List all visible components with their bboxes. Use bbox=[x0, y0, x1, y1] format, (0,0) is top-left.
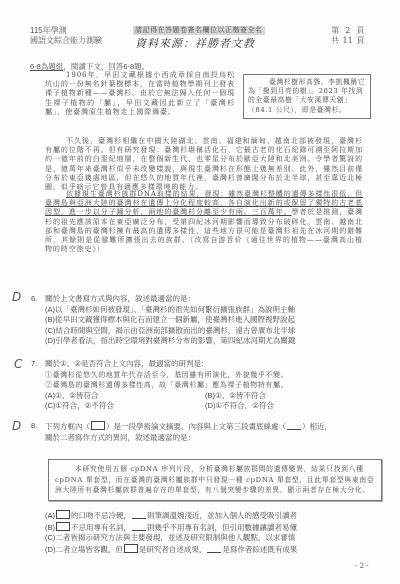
stem-text: ）是一段學術論文摘要，內容與上文第三段畫底線處（ bbox=[106, 422, 286, 431]
option-text: 是寫作者綜述既有成果 bbox=[222, 545, 297, 554]
option-b[interactable]: (B)不忌用專有名詞，則幾乎不用專有名詞，但引用數據讓讀者易懂 bbox=[45, 522, 390, 534]
option-c[interactable]: (C)二者皆揭示研究方法與主要發現，並述及研究限制與他人觀點，以求審慎 bbox=[45, 533, 390, 544]
option-text: 不忌用專有名詞， bbox=[71, 523, 131, 532]
option-text: 則筆調溫婉淺近，並加入個人的感受吸引讀者 bbox=[147, 511, 297, 520]
option-a[interactable]: (A)的口吻不忌冷硬，則筆調溫婉淺近，並加入個人的感受吸引讀者 bbox=[45, 510, 390, 522]
option-label: (A) bbox=[45, 511, 55, 520]
question-number: 6. bbox=[31, 294, 37, 305]
box-symbol-icon bbox=[124, 544, 138, 553]
exam-subject: 國語文綜合能力測驗 bbox=[30, 36, 102, 46]
option-b[interactable]: (B)從早田文藏獲得標本與化石而建立一個新屬，使臺灣杉進入國際視野說起 bbox=[45, 315, 385, 326]
page-label-suffix: 頁 bbox=[355, 26, 365, 36]
passage-paragraph-1: 1906年，早田文藏根據小西成章採自南投烏松坑山的一份無名針葉樹標本，在當時植物… bbox=[45, 71, 235, 117]
option-label: (B) bbox=[45, 523, 55, 532]
total-pages: 11 bbox=[343, 36, 353, 46]
option-text: 的口吻不忌冷硬， bbox=[71, 511, 131, 520]
question-6: D 6. 關於上文書寫方式與內容，敘述最適當的是： (A)以「臺灣杉如何被發現」… bbox=[45, 294, 385, 347]
option-c[interactable]: (C)結合時間與空間，揭示由亞洲南部擴散而出的臺灣杉，遠古曾廣布北半球 bbox=[45, 326, 385, 337]
question-stem-line-1: 下列方框內（）是一段學術論文摘要，內容與上文第三段畫底線處（）相近， bbox=[45, 421, 390, 433]
group-instruction: ，閱讀下文，回答6-8題。 bbox=[63, 62, 149, 71]
option-text: 二者皆揭示研究方法與主要發現，並述及研究限制與他人觀點，以求審慎 bbox=[55, 533, 295, 542]
box-symbol-icon bbox=[91, 421, 105, 430]
underline-symbol-icon bbox=[132, 523, 146, 531]
option-d[interactable]: (D)二者立場皆客觀，但是研究者自述成果，是寫作者綜述既有成果 bbox=[45, 544, 390, 556]
option-b[interactable]: (B)①、②皆不符合 bbox=[205, 391, 365, 402]
question-stem: 關於①、②是否符合上文內容，最適當的研判是： bbox=[45, 359, 385, 370]
question-stem-line-2: 關於二者寫作方式的異同，敘述最適當的是： bbox=[45, 433, 390, 444]
option-c[interactable]: (C)①符合，②不符合 bbox=[45, 401, 205, 412]
question-number: 8. bbox=[31, 421, 37, 432]
page-indicator: 第 2 頁 共 11 頁 bbox=[330, 26, 365, 46]
underline-symbol-icon bbox=[132, 511, 146, 519]
box-symbol-icon bbox=[56, 510, 70, 519]
option-text: 是研究者自述成果， bbox=[139, 545, 207, 554]
total-label-suffix: 頁 bbox=[355, 36, 365, 46]
statement-2: ②臺灣島的臺灣杉遺傳多樣性高，故「臺灣杉屬」應為裸子植物特有屬。 bbox=[45, 380, 385, 391]
question-7: C 7. 關於①、②是否符合上文內容，最適當的研判是： ①臺灣杉從悠久的地質年代… bbox=[45, 359, 385, 412]
footer-page-number: - 2 - bbox=[355, 562, 369, 570]
handwritten-answer-q7: C bbox=[14, 359, 22, 370]
total-label-prefix: 共 bbox=[330, 36, 340, 46]
question-8: D 8. 下列方框內（）是一段學術論文摘要，內容與上文第三段畫底線處（）相近， … bbox=[45, 421, 390, 443]
option-text: 二者立場皆客觀，但 bbox=[55, 545, 123, 554]
exam-year: 115年學測 bbox=[30, 26, 102, 36]
abstract-box: 本研究使用五個 cpDNA 序列片段，分析臺灣杉屬族群間的遺傳變異，結果只找到八… bbox=[48, 459, 382, 501]
option-label: (C) bbox=[45, 533, 55, 542]
question-number: 7. bbox=[31, 359, 37, 370]
stem-text: 下列方框內（ bbox=[45, 422, 90, 431]
current-page: 2 bbox=[343, 26, 353, 36]
handwritten-answer-q6: D bbox=[12, 292, 21, 303]
exam-info: 115年學測 國語文綜合能力測驗 bbox=[30, 26, 102, 46]
question-8-options: (A)的口吻不忌冷硬，則筆調溫婉淺近，並加入個人的感受吸引讀者 (B)不忌用專有… bbox=[45, 510, 390, 555]
underline-symbol-icon bbox=[287, 422, 301, 430]
option-a[interactable]: (A)以「臺灣杉如何被發現」、「臺灣杉的祖先如何繁衍擴張族群」為說明主軸 bbox=[45, 305, 385, 316]
option-text: 則幾乎不用專有名詞，但引用數據讓讀者易懂 bbox=[147, 523, 297, 532]
page-label-prefix: 第 bbox=[330, 26, 340, 36]
handwritten-answer-q8: D bbox=[12, 421, 21, 432]
question-stem: 關於上文書寫方式與內容，敘述最適當的是： bbox=[45, 294, 385, 305]
underline-symbol-icon bbox=[207, 545, 221, 553]
box-symbol-icon bbox=[56, 522, 70, 531]
group-range: 6-8為題組 bbox=[30, 62, 63, 71]
statement-1: ①臺灣杉從悠久的地質年代存活至今，基因雖有所演化，外貌幾乎不變。 bbox=[45, 370, 385, 381]
option-d[interactable]: (D)引學者看法，指出時空環境對臺灣杉分布的影響，第四紀冰河期尤為關鍵 bbox=[45, 336, 385, 347]
passage-sidebar-box: 臺灣杉樹形高聳，李凱楓稱它為「撥到月亮的樹」。2023 年找到的全臺最高樹「大安… bbox=[243, 74, 371, 119]
handwritten-source-note: 資料來源：祥勝者文教 bbox=[135, 35, 255, 51]
abstract-text: 本研究使用五個 cpDNA 序列片段，分析臺灣杉屬族群間的遺傳變異，結果只找到八… bbox=[55, 464, 375, 496]
option-a[interactable]: (A)①、②皆符合 bbox=[45, 391, 205, 402]
passage-paragraph-2: 不久後，臺灣杉相繼在中國大陸湖北、雲南、福建和緬甸、越南北部被發現，臺灣杉有屬的… bbox=[45, 137, 363, 192]
option-label: (D) bbox=[45, 545, 55, 554]
option-d[interactable]: (D)①不符合，②符合 bbox=[205, 401, 365, 412]
signature-notice: 請記得在答題卷簽名欄位以正楷簽全名 bbox=[133, 26, 265, 35]
stem-text: ）相近， bbox=[302, 422, 332, 431]
passage-paragraph-3: 依據現生臺灣杉族群DNA取樣的結果，發現：雖然臺灣杉整體的遺傳多樣性很低，但臺灣… bbox=[45, 190, 363, 254]
